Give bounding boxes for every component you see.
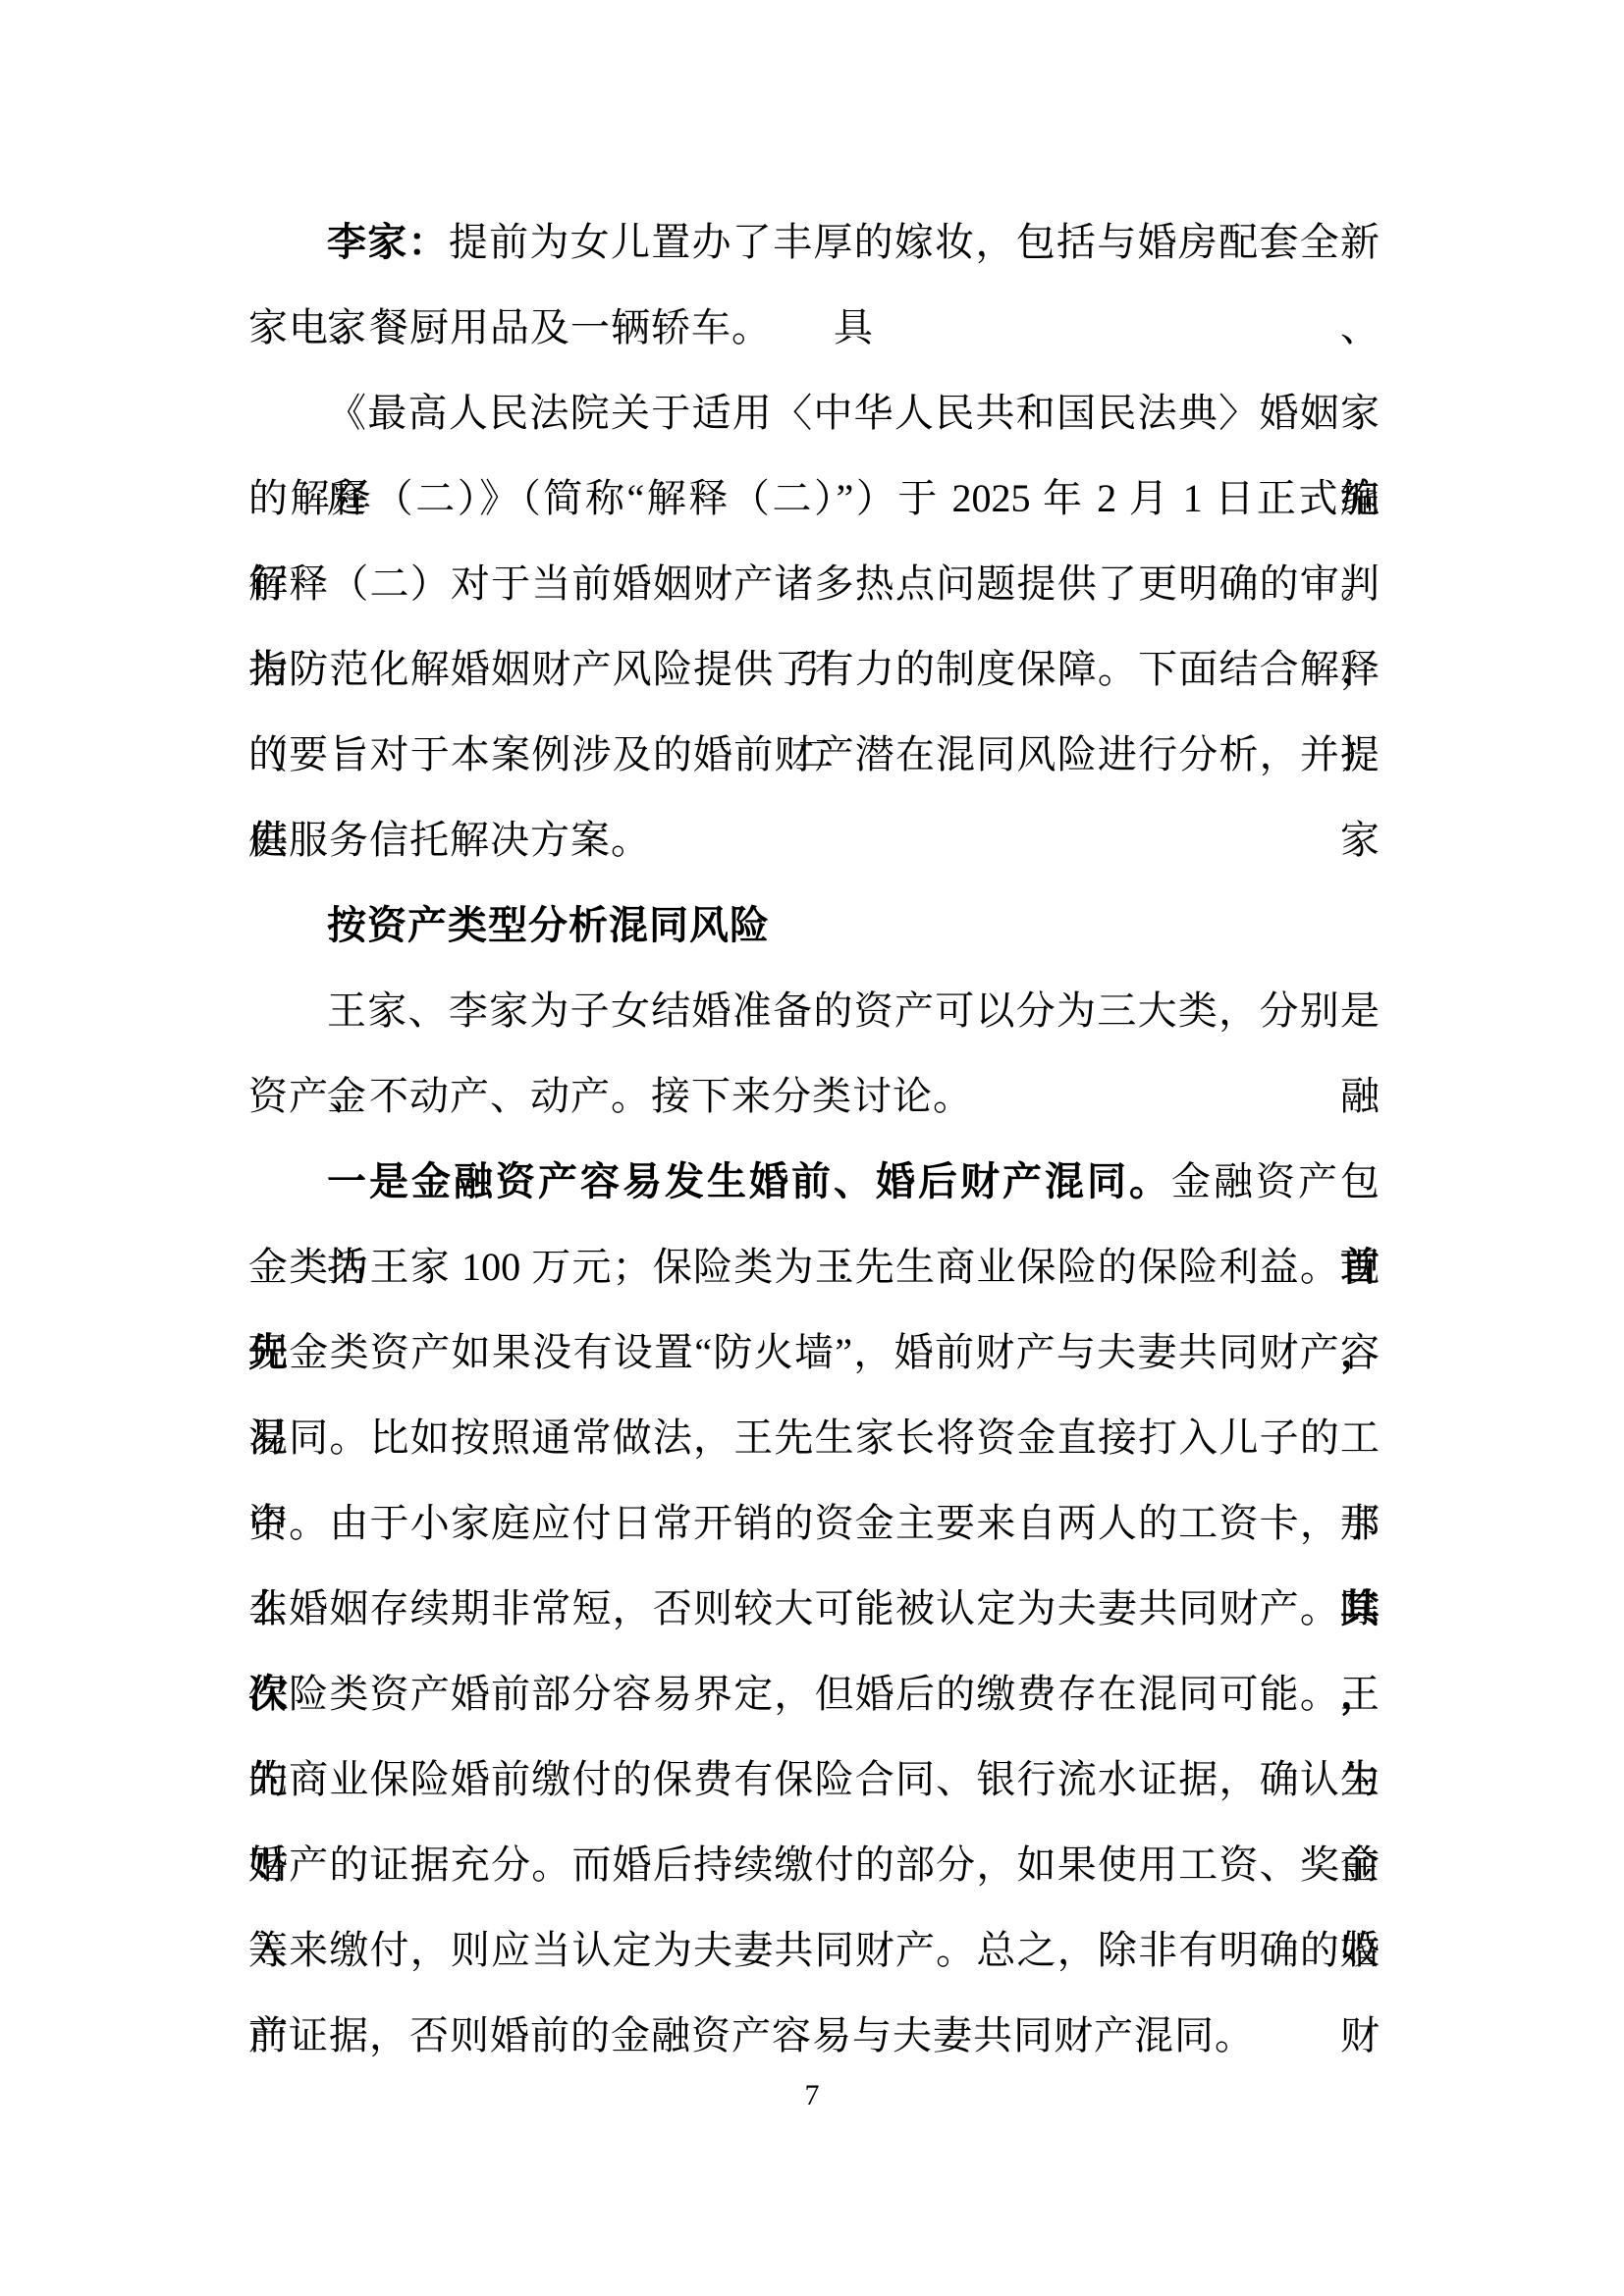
text-line: 现金类资产如果没有设置“防火墙”，婚前财产与夫妻共同财产容易: [248, 1309, 1380, 1395]
document-page: 李家：提前为女儿置办了丰厚的嫁妆，包括与婚房配套全新家具、家电、餐厨用品及一辆轿…: [0, 0, 1624, 2296]
text-run: 家电、餐厨用品及一辆轿车。: [248, 305, 772, 349]
text-line: 产证据，否则婚前的金融资产容易与夫妻共同财产混同。: [248, 1993, 1380, 2078]
page-number: 7: [0, 2076, 1624, 2115]
text-line: 保险类资产婚前部分容易界定，但婚后的缴费存在混同可能。王先生: [248, 1651, 1380, 1736]
text-run: 资产、不动产、动产。接下来分类讨论。: [248, 1074, 973, 1118]
text-line: 解释（二）对于当前婚姻财产诸多热点问题提供了更明确的审判指引，: [248, 541, 1380, 626]
text-run: 金类为王家 100 万元；保险类为王先生商业保险的保险利益。: [248, 1245, 1340, 1289]
text-line: 非婚姻存续期非常短，否则较大可能被认定为夫妻共同财产。其次，: [248, 1566, 1380, 1651]
text-line: 的要旨对于本案例涉及的婚前财产潜在混同风险进行分析，并提供家: [248, 712, 1380, 797]
text-run: 李家：: [327, 220, 449, 264]
text-run: 产证据，否则婚前的金融资产容易与夫妻共同财产混同。: [248, 2013, 1255, 2057]
text-line: 混同。比如按照通常做法，王先生家长将资金直接打入儿子的工资卡: [248, 1395, 1380, 1480]
text-line: 为防范化解婚姻财产风险提供了有力的制度保障。下面结合解释（二）: [248, 626, 1380, 712]
text-run: 一是金融资产容易发生婚前、婚后财产混同。: [327, 1159, 1171, 1203]
text-line: 财产的证据充分。而婚后持续缴付的部分，如果使用工资、奖金等收: [248, 1822, 1380, 1907]
text-line: 入来缴付，则应当认定为夫妻共同财产。总之，除非有明确的婚前财: [248, 1907, 1380, 1993]
document-body: 李家：提前为女儿置办了丰厚的嫁妆，包括与婚房配套全新家具、家电、餐厨用品及一辆轿…: [248, 199, 1380, 2078]
text-line: 王家、李家为子女结婚准备的资产可以分为三大类，分别是金融: [248, 968, 1380, 1053]
text-line: 的商业保险婚前缴付的保费有保险合同、银行流水证据，确认为婚前: [248, 1736, 1380, 1822]
text-line: 的解释（二）》（简称“解释（二）”）于 2025 年 2 月 1 日正式施行。: [248, 455, 1380, 541]
text-line: 《最高人民法院关于适用〈中华人民共和国民法典〉婚姻家庭编: [248, 370, 1380, 455]
text-line: 一是金融资产容易发生婚前、婚后财产混同。金融资产包括：现: [248, 1139, 1380, 1224]
text-line: 金类为王家 100 万元；保险类为王先生商业保险的保险利益。首先，: [248, 1224, 1380, 1309]
text-line: 中。由于小家庭应付日常开销的资金主要来自两人的工资卡，那么除: [248, 1480, 1380, 1566]
text-run: 按资产类型分析混同风险: [327, 903, 770, 947]
text-run: 庭服务信托解决方案。: [248, 818, 651, 862]
text-run: 非婚姻存续期非常短，否则较大可能被认定为夫妻共同财产。: [248, 1586, 1340, 1630]
text-line: 李家：提前为女儿置办了丰厚的嫁妆，包括与婚房配套全新家具、: [248, 199, 1380, 285]
text-line: 按资产类型分析混同风险: [248, 882, 1380, 968]
